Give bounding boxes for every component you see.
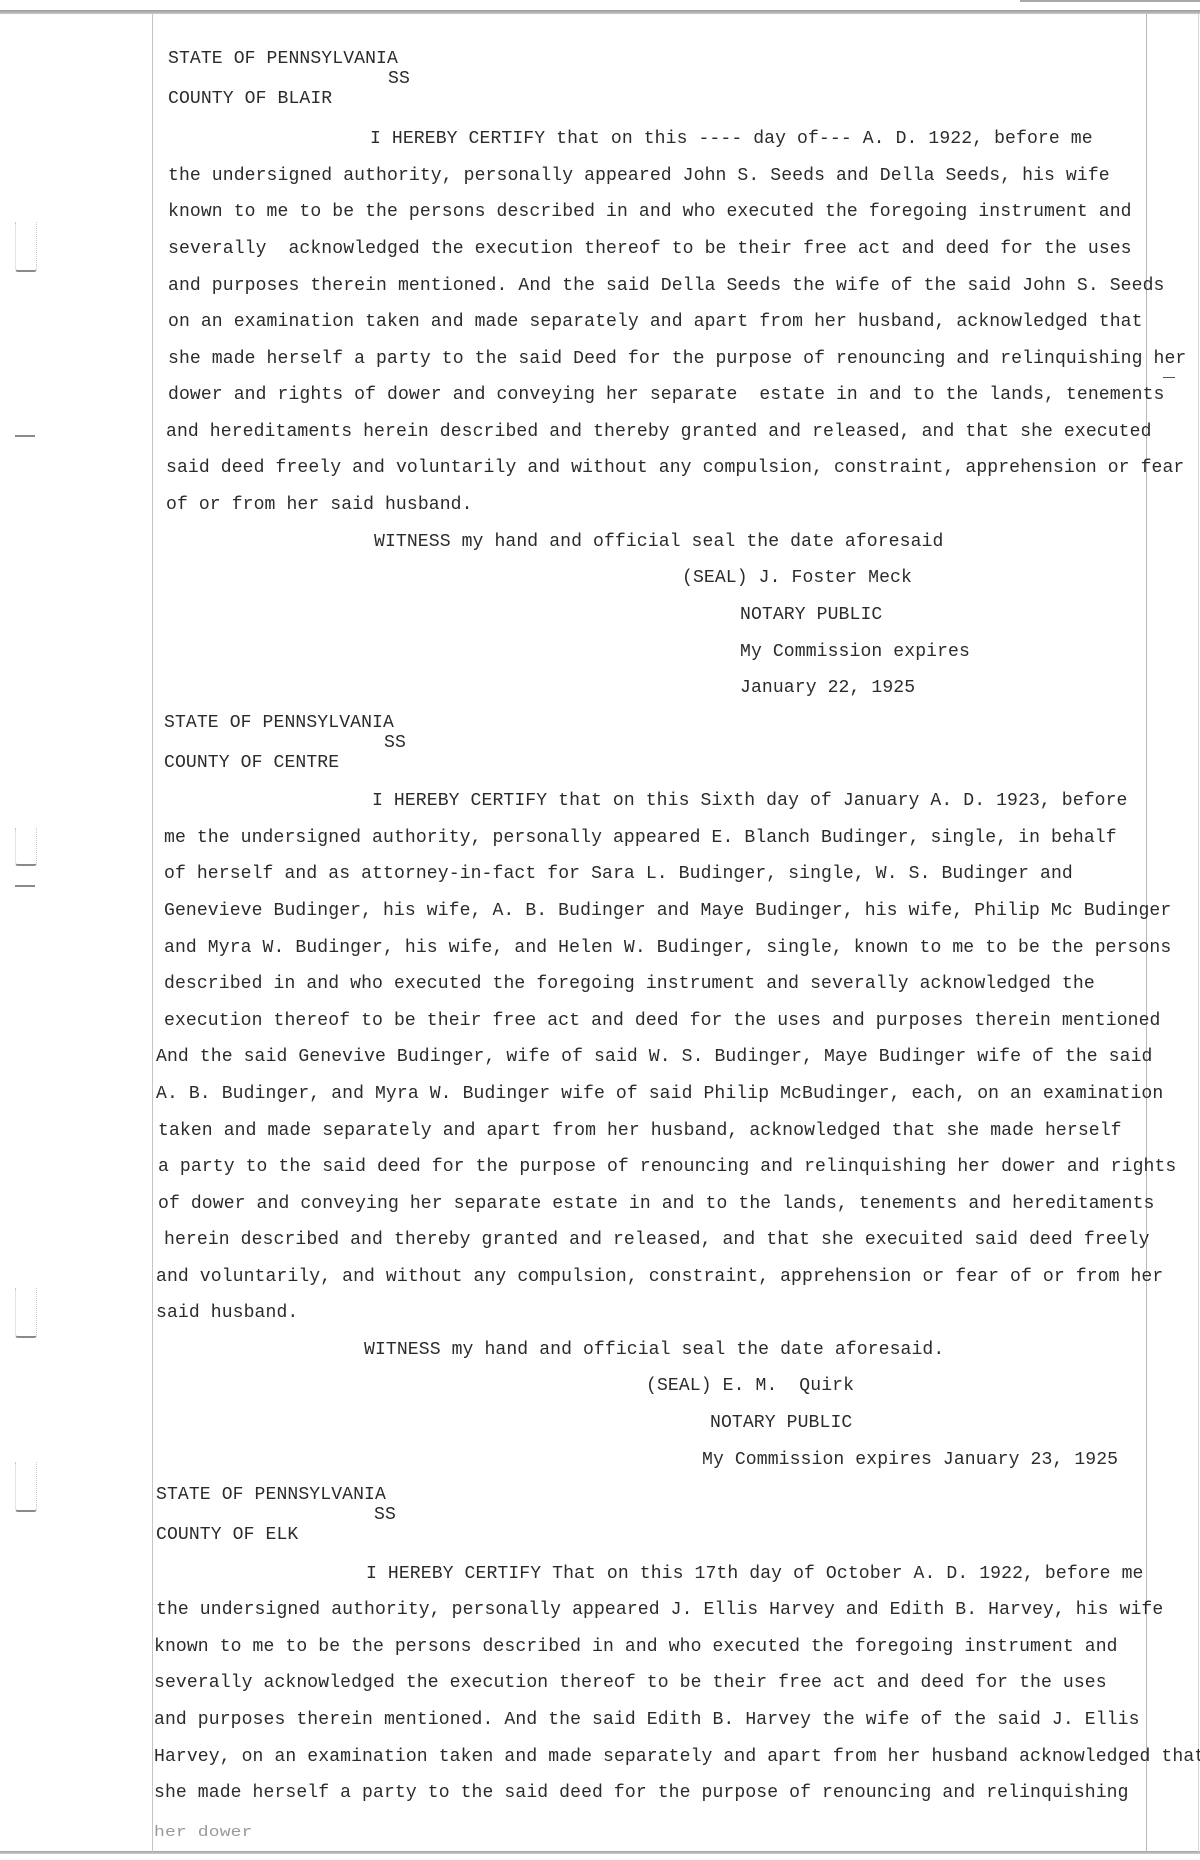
ss-mark: SS	[384, 732, 406, 754]
binding-mark	[15, 828, 37, 866]
body-line: and purposes therein mentioned. And the …	[154, 1709, 1140, 1731]
binding-mark	[15, 1288, 37, 1338]
body-line: of herself and as attorney-in-fact for S…	[164, 863, 1073, 885]
notary-signature: (SEAL) J. Foster Meck	[682, 567, 912, 589]
ss-mark: SS	[374, 1504, 396, 1526]
left-margin-line	[152, 14, 153, 1852]
body-line: herein described and thereby granted and…	[164, 1229, 1150, 1251]
body-line: I HEREBY CERTIFY That on this 17th day o…	[366, 1563, 1143, 1585]
witness-line: WITNESS my hand and official seal the da…	[364, 1339, 944, 1361]
body-line: on an examination taken and made separat…	[168, 311, 1143, 333]
body-line: and purposes therein mentioned. And the …	[168, 275, 1164, 297]
county-heading: COUNTY OF ELK	[156, 1524, 298, 1546]
body-line: known to me to be the persons described …	[154, 1636, 1118, 1658]
body-line: said husband.	[156, 1302, 298, 1324]
body-line: she made herself a party to the said Dee…	[168, 348, 1186, 370]
body-line: said deed freely and voluntarily and wit…	[166, 457, 1184, 479]
top-rule	[0, 10, 1200, 14]
body-line: And the said Genevive Budinger, wife of …	[156, 1046, 1152, 1068]
commission-line: My Commission expires January 23, 1925	[702, 1449, 1118, 1471]
top-thin-rule	[1020, 0, 1200, 2]
body-line: severally acknowledged the execution the…	[168, 238, 1132, 260]
binding-mark	[15, 885, 35, 887]
body-line: Genevieve Budinger, his wife, A. B. Budi…	[164, 900, 1171, 922]
body-line: taken and made separately and apart from…	[158, 1120, 1122, 1142]
body-line: a party to the said deed for the purpose…	[158, 1156, 1176, 1178]
body-line: A. B. Budinger, and Myra W. Budinger wif…	[156, 1083, 1163, 1105]
notary-signature: (SEAL) E. M. Quirk	[646, 1375, 854, 1397]
faded-continuation: her dower	[154, 1822, 253, 1844]
binding-mark	[15, 435, 35, 437]
binding-mark	[15, 222, 37, 272]
body-line: I HEREBY CERTIFY that on this ---- day o…	[370, 128, 1093, 150]
body-line: of dower and conveying her separate esta…	[158, 1193, 1154, 1215]
right-edge-line	[1198, 14, 1199, 1852]
state-heading: STATE OF PENNSYLVANIA	[156, 1484, 386, 1506]
body-line: and hereditaments herein described and t…	[166, 421, 1152, 443]
notary-title: NOTARY PUBLIC	[710, 1412, 852, 1434]
body-line: dower and rights of dower and conveying …	[168, 384, 1164, 406]
margin-mark	[1163, 377, 1175, 378]
state-heading: STATE OF PENNSYLVANIA	[168, 48, 398, 70]
body-line: described in and who executed the forego…	[164, 973, 1095, 995]
body-line: of or from her said husband.	[166, 494, 473, 516]
body-line: the undersigned authority, personally ap…	[168, 165, 1110, 187]
body-line: she made herself a party to the said dee…	[154, 1782, 1129, 1804]
binding-mark	[15, 1462, 37, 1512]
body-line: Harvey, on an examination taken and made…	[154, 1746, 1200, 1768]
body-line: and Myra W. Budinger, his wife, and Hele…	[164, 937, 1171, 959]
body-line: execution thereof to be their free act a…	[164, 1010, 1160, 1032]
bottom-rule	[0, 1851, 1200, 1854]
body-line: severally acknowledged the execution the…	[154, 1672, 1107, 1694]
commission-label: My Commission expires	[740, 641, 970, 663]
body-line: me the undersigned authority, personally…	[164, 827, 1117, 849]
county-heading: COUNTY OF BLAIR	[168, 88, 332, 110]
witness-line: WITNESS my hand and official seal the da…	[374, 531, 943, 553]
commission-date: January 22, 1925	[740, 677, 915, 699]
body-line: and voluntarily, and without any compuls…	[156, 1266, 1163, 1288]
notary-title: NOTARY PUBLIC	[740, 604, 882, 626]
body-line: the undersigned authority, personally ap…	[156, 1599, 1163, 1621]
ss-mark: SS	[388, 68, 410, 90]
county-heading: COUNTY OF CENTRE	[164, 752, 339, 774]
body-line: known to me to be the persons described …	[168, 201, 1132, 223]
body-line: I HEREBY CERTIFY that on this Sixth day …	[372, 790, 1128, 812]
state-heading: STATE OF PENNSYLVANIA	[164, 712, 394, 734]
